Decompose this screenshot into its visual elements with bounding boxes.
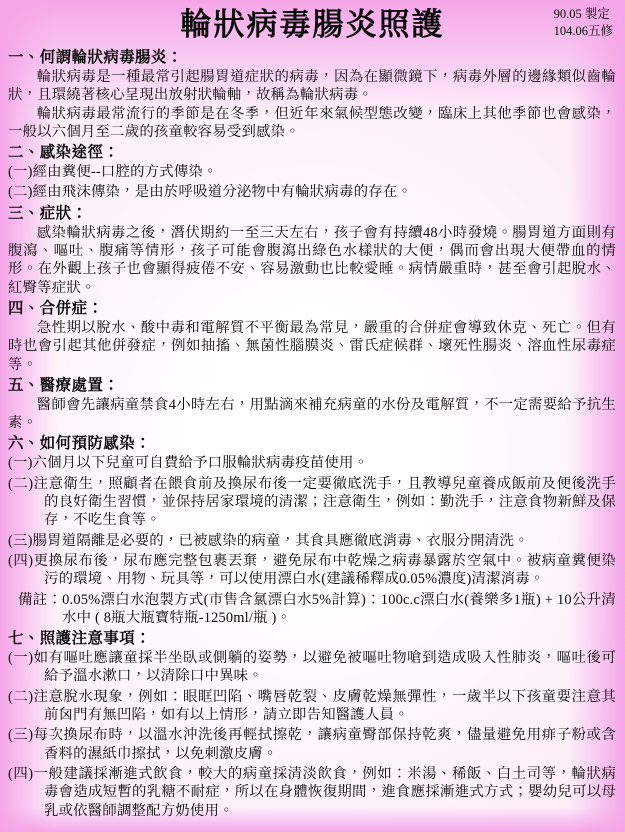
- section-treatment: 五、醫療處置：醫師會先讓病童禁食4小時左右，用點滴來補充病童的水份及電解質，不一…: [8, 376, 616, 433]
- section-symptoms: 三、症狀：感染輪狀病毒之後，潛伏期約一至三天左右，孩子會有持續48小時發燒。腸胃…: [8, 204, 616, 297]
- list-item: (二)注意衛生，照顧者在餵食前及換尿布後一定要徹底洗手，且教導兒童養成飯前及便後…: [8, 475, 616, 530]
- section-transmission: 二、感染途徑：(一)經由糞便--口腔的方式傳染。(二)經由飛沫傳染，是由於呼吸道…: [8, 143, 616, 202]
- section-prevention: 六、如何預防感染：(一)六個月以下兒童可自費給予口服輪狀病毒疫苗使用。(二)注意…: [8, 434, 616, 627]
- list-item: (二)注意脫水現象，例如：眼眶凹陷、嘴唇乾裂、皮膚乾燥無彈性，一歲半以下孩童要注…: [8, 688, 616, 725]
- list-item: (四)更換尿布後，尿布應完整包裹丟棄，避免尿布中乾燥之病毒暴露於空氣中。被病童糞…: [8, 552, 616, 589]
- list-item: (四)一般建議採漸進式飲食，較大的病童採清淡飲食，例如：米湯、稀飯、白土司等，輪…: [8, 765, 616, 820]
- section-what-is: 一、何謂輪狀病毒腸炎：輪狀病毒是一種最常引起腸胃道症狀的病毒，因為在顯微鏡下，病…: [8, 48, 616, 141]
- list-item: (一)經由糞便--口腔的方式傳染。: [8, 163, 616, 181]
- section-heading: 三、症狀：: [8, 204, 616, 223]
- section-heading: 六、如何預防感染：: [8, 434, 616, 453]
- section-heading: 一、何謂輪狀病毒腸炎：: [8, 48, 616, 67]
- revision-date-created: 90.05 製定: [554, 6, 613, 23]
- section-complications: 四、合併症：急性期以脫水、酸中毒和電解質不平衡最為常見，嚴重的合併症會導致休克、…: [8, 299, 616, 374]
- revision-date-amended: 104.06五修: [554, 23, 613, 40]
- section-heading: 七、照護注意事項：: [8, 629, 616, 648]
- section-heading: 四、合併症：: [8, 299, 616, 318]
- list-item: (二)經由飛沫傳染，是由於呼吸道分泌物中有輪狀病毒的存在。: [8, 183, 616, 201]
- document-body: 一、何謂輪狀病毒腸炎：輪狀病毒是一種最常引起腸胃道症狀的病毒，因為在顯微鏡下，病…: [0, 48, 625, 820]
- paragraph: 急性期以脫水、酸中毒和電解質不平衡最為常見，嚴重的合併症會導致休克、死亡。但有時…: [8, 319, 616, 374]
- paragraph: 感染輪狀病毒之後，潛伏期約一至三天左右，孩子會有持續48小時發燒。腸胃道方面則有…: [8, 224, 616, 297]
- paragraph: 輪狀病毒最常流行的季節是在冬季，但近年來氣候型態改變，臨床上其他季節也會感染，一…: [8, 105, 616, 142]
- section-heading: 五、醫療處置：: [8, 376, 616, 395]
- list-item: (三)腸胃道隔離是必要的，已被感染的病童，其食具應徹底消毒、衣服分開清洗。: [8, 532, 616, 550]
- section-care-notes: 七、照護注意事項：(一)如有嘔吐應讓童採半坐臥或側躺的姿勢，以避免被嘔吐物嗆到造…: [8, 629, 616, 820]
- page-title: 輪狀病毒腸炎照護: [0, 4, 625, 46]
- paragraph: 醫師會先讓病童禁食4小時左右，用點滴來補充病童的水份及電解質，不一定需要給予抗生…: [8, 396, 616, 433]
- section-heading: 二、感染途徑：: [8, 143, 616, 162]
- note-line: 備註：0.05%漂白水泡製方式(市售含氯漂白水5%計算)：100c.c漂白水(養…: [18, 591, 616, 628]
- list-item: (一)六個月以下兒童可自費給予口服輪狀病毒疫苗使用。: [8, 454, 616, 472]
- revision-dates: 90.05 製定 104.06五修: [554, 6, 613, 39]
- care-instruction-sheet: 輪狀病毒腸炎照護 90.05 製定 104.06五修 一、何謂輪狀病毒腸炎：輪狀…: [0, 0, 625, 832]
- list-item: (三)每次換尿布時，以溫水沖洗後再輕拭擦乾，讓病童臀部保持乾爽，儘量避免用痱子粉…: [8, 726, 616, 763]
- paragraph: 輪狀病毒是一種最常引起腸胃道症狀的病毒，因為在顯微鏡下，病毒外層的邊緣類似齒輪狀…: [8, 68, 616, 105]
- document-header: 輪狀病毒腸炎照護 90.05 製定 104.06五修: [0, 4, 625, 46]
- list-item: (一)如有嘔吐應讓童採半坐臥或側躺的姿勢，以避免被嘔吐物嗆到造成吸入性肺炎，嘔吐…: [8, 649, 616, 686]
